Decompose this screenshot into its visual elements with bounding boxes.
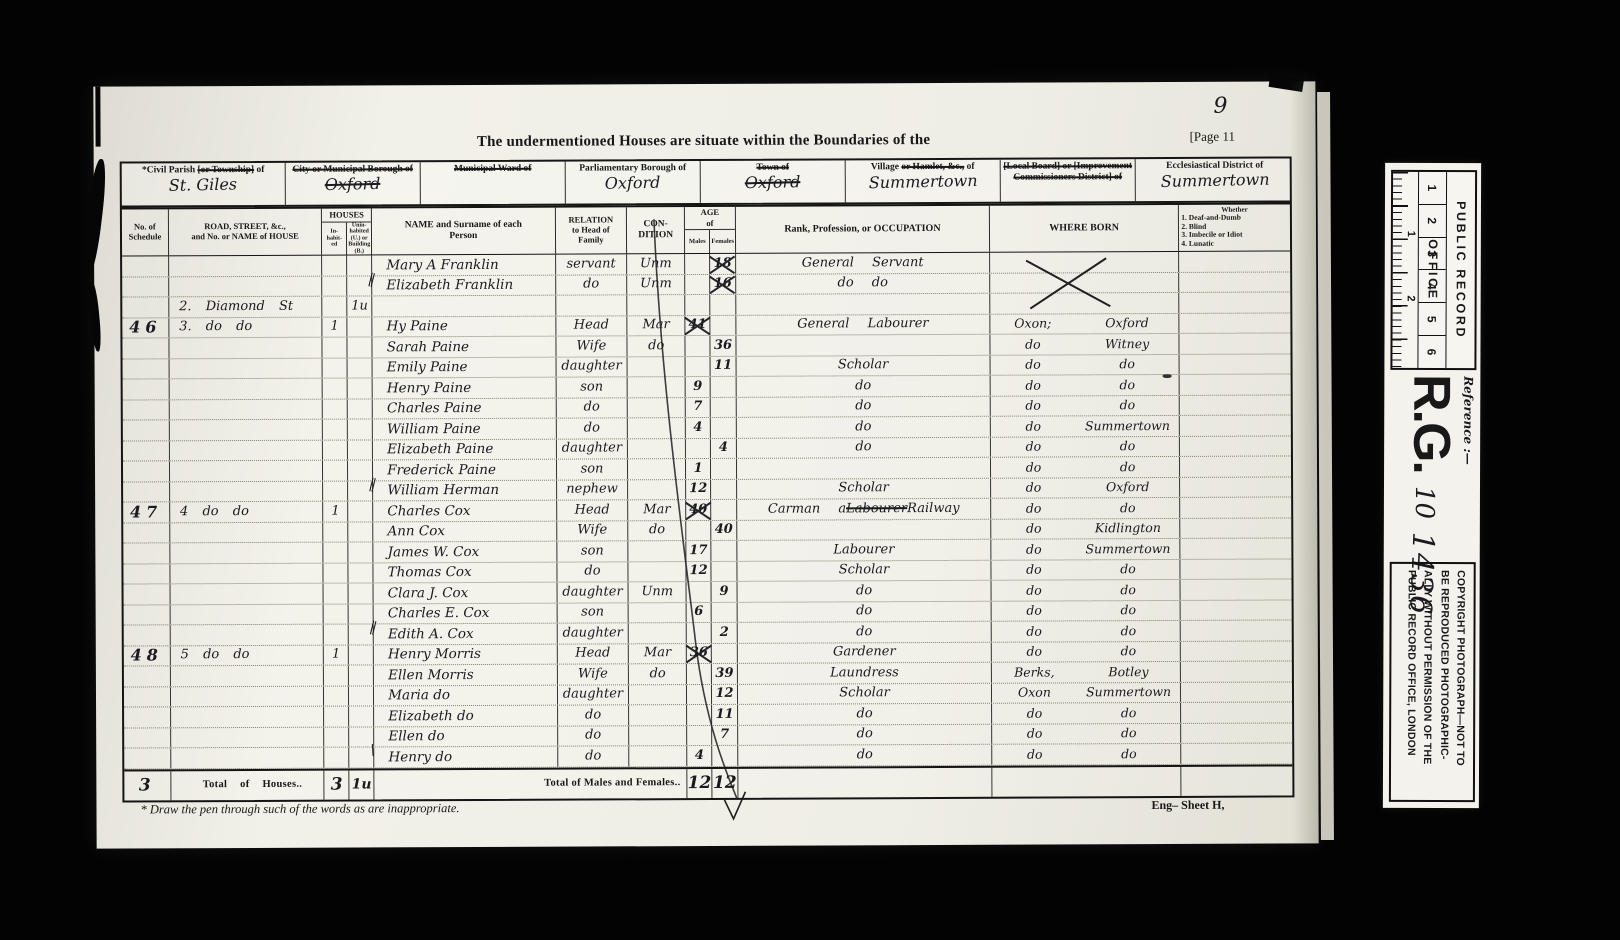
cell-disability: [1180, 559, 1292, 579]
district-row: *Civil Parish [or Township] ofSt. GilesC…: [120, 156, 1292, 207]
cell-age-female: [710, 397, 736, 417]
cell-schedule: [124, 748, 170, 768]
cell-relation: do: [555, 275, 627, 295]
district-box: *Civil Parish [or Township] ofSt. Giles: [122, 163, 285, 206]
edge-shadow: [95, 87, 100, 147]
district-box: Ecclesiastical District ofSummertown: [1135, 158, 1294, 201]
cell-road: [169, 563, 323, 583]
cell-uninhabited: [348, 542, 373, 562]
cell-occupation: do: [737, 622, 991, 643]
cell-inhabited: [323, 522, 348, 542]
cell-relation: daughter: [556, 582, 628, 602]
cell-name: Maria do: [373, 685, 556, 705]
cell-condition: [628, 705, 686, 725]
cell-condition: Mar: [628, 644, 686, 664]
cell-name: \Henry do: [373, 747, 556, 767]
header-relation: RELATION to Head of Family: [554, 207, 626, 253]
cell-condition: Mar: [627, 500, 685, 520]
cell-schedule: [123, 420, 169, 440]
cell-name: Frederick Paine: [372, 460, 555, 480]
cell-uninhabited: [347, 440, 372, 460]
cell-inhabited: [322, 461, 347, 481]
cell-name: ‖Elizabeth Franklin: [371, 275, 554, 295]
sheet-label: Eng– Sheet H,: [1151, 797, 1294, 813]
cell-occupation: [735, 335, 989, 356]
cell-occupation: [736, 519, 990, 540]
cell-schedule: [123, 523, 169, 543]
ruler-number: 6: [1418, 335, 1445, 368]
cell-disability: [1179, 354, 1291, 374]
cell-relation: do: [555, 418, 627, 438]
cell-uninhabited: [347, 317, 372, 337]
header-occupation: Rank, Profession, or OCCUPATION: [735, 206, 989, 253]
district-label: Municipal Ward of: [454, 162, 531, 176]
cell-name: Charles Cox: [372, 501, 555, 521]
cell-relation: daughter: [556, 623, 628, 643]
cell-occupation: Scholar: [736, 478, 990, 499]
total-schedules: 3: [124, 771, 170, 800]
cell-inhabited: [323, 584, 348, 604]
district-value: Oxford: [325, 174, 381, 194]
pro-office-name: PUBLIC RECORD OFFICE: [1445, 172, 1475, 368]
cell-inhabited: 1: [322, 317, 347, 337]
cell-inhabited: [322, 481, 347, 501]
cell-schedule: [124, 666, 170, 686]
cell-age-female: [709, 295, 735, 315]
cell-condition: do: [628, 664, 686, 684]
pro-card-content: PUBLIC RECORD OFFICE 123456 1 2 Referenc…: [1384, 165, 1480, 805]
ruler-number: 2: [1419, 203, 1446, 236]
cell-disability: [1179, 333, 1291, 353]
total-mf-label: Total of Males and Females..: [374, 769, 687, 799]
cell-schedule: [122, 256, 168, 276]
cell-age-male: [685, 438, 710, 458]
cell-road: [170, 707, 324, 727]
cell-road: [170, 666, 324, 686]
totals-row: 3 Total of Houses.. 3 1u Total of Males …: [124, 764, 1292, 800]
cell-schedule: [123, 461, 169, 481]
cell-occupation: do: [736, 396, 990, 417]
cell-relation: Head: [556, 500, 628, 520]
cell-inhabited: [322, 338, 347, 358]
cell-occupation: [736, 458, 990, 479]
cell-schedule: [123, 359, 169, 379]
cell-inhabited: 1: [323, 502, 348, 522]
cell-age-male: 12: [685, 479, 710, 499]
total-houses-label: Total of Houses..: [170, 770, 324, 800]
cell-age-female: [710, 418, 736, 438]
total-males: 12: [686, 768, 711, 797]
cell-disability: [1179, 436, 1291, 456]
cell-inhabited: [322, 440, 347, 460]
cell-uninhabited: [348, 583, 373, 603]
header-disability: Whether 1. Deaf-and-Dumb 2. Blind 3. Imb…: [1178, 204, 1290, 250]
cell-age-male: [686, 705, 711, 725]
cell-where-born: doWitney: [990, 334, 1179, 354]
cell-name: [371, 296, 554, 316]
corner-mark: [1269, 74, 1305, 92]
cell-disability: [1181, 743, 1293, 763]
cell-age-male: 7: [685, 397, 710, 417]
cell-condition: [627, 480, 685, 500]
cell-name: ‖Edith A. Cox: [373, 624, 556, 644]
cell-schedule: [124, 687, 170, 707]
cell-occupation: Labourer: [736, 540, 990, 561]
cell-occupation: do: [737, 724, 991, 745]
header-age-group: AGE of Males Females: [684, 207, 735, 253]
cell-age-male: 36: [686, 643, 711, 663]
page-number: 9: [1213, 94, 1227, 119]
cell-disability: [1180, 600, 1292, 620]
cell-occupation: do: [737, 745, 991, 766]
cell-relation: do: [555, 398, 627, 418]
district-value: Oxford: [605, 173, 661, 193]
table-body: Mary A FranklinservantUnm18General Serva…: [122, 251, 1292, 769]
cell-occupation: Carman a Labourer Railway: [736, 499, 990, 520]
cell-age-male: [686, 582, 711, 602]
cell-occupation: do: [737, 601, 991, 622]
cell-inhabited: [324, 748, 349, 768]
cell-where-born: dodo: [990, 498, 1179, 518]
cell-disability: [1179, 272, 1291, 292]
cell-disability: [1181, 723, 1293, 743]
cell-schedule: [122, 338, 168, 358]
cell-age-male: 4: [685, 418, 710, 438]
cell-occupation: do: [736, 376, 990, 397]
cell-inhabited: [322, 379, 347, 399]
cell-age-female: [710, 500, 736, 520]
cell-age-female: 11: [711, 705, 737, 725]
cell-uninhabited: 1u: [347, 296, 372, 316]
header-males: Males: [685, 230, 710, 253]
cell-age-female: 12: [711, 684, 737, 704]
cell-uninhabited: [348, 706, 373, 726]
cell-condition: [627, 295, 685, 315]
cell-where-born: dodo: [990, 559, 1179, 579]
cell-relation: do: [557, 726, 629, 746]
cell-uninhabited: [348, 686, 373, 706]
header-schedule: No. of Schedule: [122, 209, 168, 255]
cell-condition: [627, 459, 685, 479]
cell-age-male: [686, 664, 711, 684]
cell-disability: [1179, 477, 1291, 497]
cell-inhabited: [322, 276, 347, 296]
footnote: * Draw the pen through such of the words…: [122, 801, 459, 817]
ruler-ticks: 1 2: [1392, 171, 1418, 367]
cell-age-female: [711, 746, 737, 766]
cell-relation: Wife: [555, 336, 627, 356]
cell-occupation: General Servant: [735, 253, 989, 274]
page-edge: [1317, 92, 1334, 840]
cell-road: 4 do do: [169, 502, 323, 522]
cell-name: William Paine: [372, 419, 555, 439]
census-table: No. of Schedule ROAD, STREET, &c., and N…: [120, 202, 1295, 802]
cell-age-male: [684, 274, 709, 294]
cell-inhabited: [323, 666, 348, 686]
cell-where-born: [989, 272, 1178, 292]
cell-disability: [1179, 415, 1291, 435]
cell-condition: do: [627, 336, 685, 356]
district-box: Village or Hamlet, &c., ofSummertown: [845, 160, 1000, 203]
cell-age-female: [710, 459, 736, 479]
cell-age-female: 7: [711, 725, 737, 745]
district-label: [Local Board] or [Improvement Commission…: [1001, 159, 1135, 184]
cell-condition: do: [628, 521, 686, 541]
cell-disability: [1180, 518, 1292, 538]
cell-where-born: dodo: [990, 457, 1179, 477]
cell-inhabited: [321, 256, 346, 276]
cell-disability: [1180, 620, 1292, 640]
ruler-inch-2: 2: [1405, 295, 1417, 301]
reference-area: Reference :— R.G. 10 1436: [1385, 373, 1480, 555]
cell-disability: [1179, 313, 1291, 333]
cell-where-born: dodo: [991, 744, 1180, 764]
copyright-notice: COPYRIGHT PHOTOGRAPH—NOT TO BE REPRODUCE…: [1389, 561, 1476, 801]
cell-inhabited: [323, 604, 348, 624]
cell-age-male: 12: [686, 561, 711, 581]
cell-age-female: [711, 643, 737, 663]
cell-road: [169, 440, 323, 460]
cell-condition: [627, 357, 685, 377]
cell-disability: [1180, 641, 1292, 661]
cell-occupation: do: [736, 417, 990, 438]
cell-name: Emily Paine: [372, 357, 555, 377]
cell-age-male: 40: [685, 500, 710, 520]
cell-uninhabited: [347, 399, 372, 419]
reference-series: 10: [1409, 485, 1439, 518]
cell-disability: [1179, 395, 1291, 415]
district-value: Summertown: [868, 171, 977, 192]
cell-name: Elizabeth Paine: [372, 439, 555, 459]
cell-uninhabited: [348, 522, 373, 542]
cell-inhabited: [323, 686, 348, 706]
cell-relation: son: [555, 377, 627, 397]
cell-road: [169, 461, 323, 481]
cell-road: [169, 420, 323, 440]
district-value: St. Giles: [169, 175, 238, 195]
cell-where-born: OxonSummertown: [991, 682, 1180, 702]
cell-inhabited: [323, 563, 348, 583]
cell-road: [169, 481, 323, 501]
cell-where-born: dodo: [991, 641, 1180, 661]
cell-road: 3. do do: [168, 317, 322, 337]
cell-schedule: [123, 379, 169, 399]
header-age: AGE of: [685, 207, 735, 230]
cell-age-female: 18: [709, 254, 735, 274]
cell-name: Hy Paine: [372, 316, 555, 336]
district-box: Parliamentary Borough ofOxford: [565, 161, 700, 204]
cell-name: Clara J. Cox: [373, 583, 556, 603]
cell-name: James W. Cox: [373, 542, 556, 562]
cell-where-born: doSummertown: [990, 416, 1179, 436]
cell-condition: [627, 377, 685, 397]
cell-where-born: doSummertown: [990, 539, 1179, 559]
cell-relation: do: [557, 746, 629, 766]
cell-where-born: dodo: [991, 703, 1180, 723]
header-houses-group: HOUSES In- habit- ed Unin- habited (U.) …: [321, 208, 371, 254]
cell-schedule: [124, 707, 170, 727]
cell-age-female: 36: [709, 336, 735, 356]
cell-condition: Unm: [626, 254, 684, 274]
cell-schedule: 47: [123, 502, 169, 522]
cell-inhabited: [322, 420, 347, 440]
cell-disability: [1179, 456, 1291, 476]
page-label: [Page 11: [1190, 129, 1235, 145]
cell-condition: [627, 418, 685, 438]
cell-name: Ellen do: [373, 726, 556, 746]
cell-schedule: [124, 728, 170, 748]
cell-where-born: Oxon;Oxford: [989, 313, 1178, 333]
cell-condition: [628, 541, 686, 561]
cell-uninhabited: [347, 337, 372, 357]
header-road: ROAD, STREET, &c., and No. or NAME of HO…: [168, 209, 322, 256]
cell-road: [170, 625, 324, 645]
cell-where-born: dodo: [990, 436, 1179, 456]
cell-occupation: Scholar: [736, 560, 990, 581]
header-name: NAME and Surname of each Person: [371, 208, 555, 255]
cell-occupation: Gardener: [737, 642, 991, 663]
cell-condition: [628, 562, 686, 582]
cell-age-female: 4: [710, 438, 736, 458]
cell-inhabited: [323, 707, 348, 727]
cell-road: [170, 748, 324, 768]
cell-condition: Unm: [628, 582, 686, 602]
cell-relation: son: [556, 541, 628, 561]
cell-age-female: [711, 602, 737, 622]
cell-condition: Mar: [627, 316, 685, 336]
cell-age-male: 41: [684, 315, 709, 335]
cell-age-male: [686, 725, 711, 745]
cell-age-male: [685, 356, 710, 376]
cell-name: Henry Paine: [372, 378, 555, 398]
cell-schedule: [123, 441, 169, 461]
cell-condition: Unm: [627, 275, 685, 295]
ruler-number: 1: [1419, 171, 1446, 203]
header-inhabited: In- habit- ed: [322, 222, 346, 255]
cell-road: [168, 256, 322, 276]
cell-age-male: [684, 295, 709, 315]
cell-where-born: dodo: [991, 723, 1180, 743]
district-value: Oxford: [745, 172, 801, 192]
cell-where-born: Berks,Botley: [991, 662, 1180, 682]
total-uninhabited: 1u: [349, 770, 374, 799]
cell-schedule: [122, 297, 168, 317]
cell-uninhabited: [348, 727, 373, 747]
cell-inhabited: [323, 543, 348, 563]
cell-age-female: [710, 541, 736, 561]
cell-age-male: [684, 254, 709, 274]
cell-condition: [628, 603, 686, 623]
cell-name: Henry Morris: [373, 644, 556, 664]
cell-road: [169, 604, 323, 624]
cell-road: [170, 686, 324, 706]
cell-uninhabited: [348, 563, 373, 583]
cell-where-born: doKidlington: [990, 518, 1179, 538]
cell-age-female: 40: [710, 520, 736, 540]
cell-disability: [1180, 702, 1292, 722]
cell-inhabited: [322, 399, 347, 419]
cell-name: Elizabeth do: [373, 706, 556, 726]
cell-where-born: [989, 252, 1178, 272]
total-spacer: [737, 767, 991, 797]
cell-age-female: 16: [709, 274, 735, 294]
cell-road: 5 do do: [170, 645, 324, 665]
cell-uninhabited: [347, 419, 372, 439]
cell-relation: servant: [555, 254, 627, 274]
cell-uninhabited: [348, 645, 373, 665]
cell-road: [170, 727, 324, 747]
cell-where-born: dodo: [990, 354, 1179, 374]
cell-disability: [1180, 579, 1292, 599]
cell-relation: [555, 295, 627, 315]
cell-age-female: 11: [710, 356, 736, 376]
cell-disability: [1178, 251, 1290, 271]
cell-uninhabited: [347, 378, 372, 398]
cell-condition: [628, 623, 686, 643]
cell-schedule: [124, 584, 170, 604]
cell-inhabited: [323, 727, 348, 747]
cell-age-female: [710, 377, 736, 397]
cell-schedule: [124, 625, 170, 645]
cell-road: 2. Diamond St: [168, 297, 322, 317]
cell-road: [168, 338, 322, 358]
cell-road: [169, 584, 323, 604]
cell-where-born: dodo: [991, 580, 1180, 600]
table-header: No. of Schedule ROAD, STREET, &c., and N…: [122, 204, 1290, 256]
cell-road: [168, 379, 322, 399]
cell-age-female: [710, 561, 736, 581]
header-uninhabited: Unin- habited (U.) or Building (B.): [346, 222, 371, 255]
cell-inhabited: [322, 358, 347, 378]
header-condition: CON- DITION: [626, 207, 684, 253]
cell-disability: [1179, 374, 1291, 394]
header-born: WHERE BORN: [989, 205, 1179, 252]
ruler-number: 4: [1419, 269, 1446, 302]
cell-schedule: [124, 605, 170, 625]
cell-relation: Wife: [556, 521, 628, 541]
cell-occupation: do: [736, 581, 990, 602]
cell-uninhabited: [348, 604, 373, 624]
cell-relation: Head: [556, 644, 628, 664]
ruler-number: 3: [1419, 236, 1446, 269]
cell-road: [169, 543, 323, 563]
cell-where-born: dodo: [990, 395, 1179, 415]
cell-relation: daughter: [557, 685, 629, 705]
cell-relation: daughter: [555, 357, 627, 377]
cell-age-male: 4: [686, 746, 711, 766]
district-value: Summertown: [1160, 170, 1269, 191]
cell-where-born: [989, 293, 1178, 313]
cell-condition: [627, 398, 685, 418]
cell-inhabited: 1: [323, 645, 348, 665]
microfilm-frame: 9 [Page 11 The undermentioned Houses are…: [0, 0, 1620, 940]
boundary-title: The undermentioned Houses are situate wi…: [424, 132, 984, 151]
pro-reference-card: PUBLIC RECORD OFFICE 123456 1 2 Referenc…: [1383, 163, 1481, 808]
cell-schedule: [123, 400, 169, 420]
cell-relation: do: [557, 705, 629, 725]
cell-occupation: Laundress: [737, 663, 991, 684]
district-box: Municipal Ward of: [420, 162, 565, 205]
cell-age-male: [685, 520, 710, 540]
cell-disability: [1180, 497, 1292, 517]
cell-disability: [1180, 661, 1292, 681]
header-females: Females: [709, 230, 735, 253]
cell-road: [169, 399, 323, 419]
cell-relation: son: [556, 459, 628, 479]
cell-condition: [627, 439, 685, 459]
district-box: [Local Board] or [Improvement Commission…: [1000, 159, 1135, 202]
district-box: City or Municipal Borough ofOxford: [285, 162, 420, 205]
